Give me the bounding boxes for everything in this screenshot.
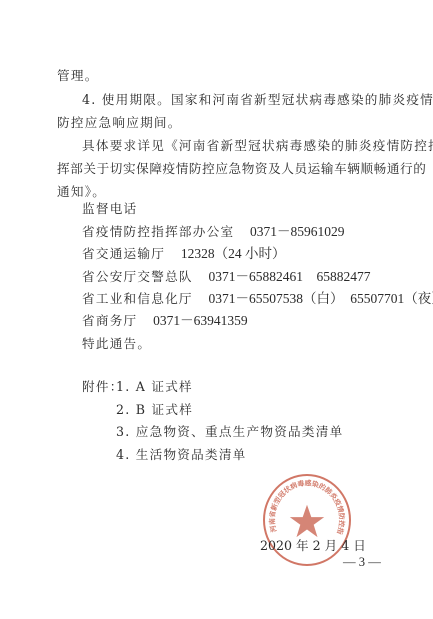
attachment-item: 3. 应急物资、重点生产物资品类清单 <box>116 424 343 440</box>
text-line: 管理。 <box>57 68 99 84</box>
contact-org: 省疫情防控指挥部办公室 <box>82 224 234 239</box>
star-icon <box>290 505 324 537</box>
text-line: 通知》。 <box>57 184 106 200</box>
supervision-title: 监督电话 <box>82 201 137 217</box>
text-line: 挥部关于切实保障疫情防控应急物资及人员运输车辆顺畅通行的 <box>57 161 426 177</box>
contact-phone: 0371－85961029 <box>250 224 345 239</box>
contact-phone: 0371－65882461 65882477 <box>209 269 371 284</box>
contact-phone: 12328（24 小时） <box>181 246 286 261</box>
contact-phone: 0371－63941359 <box>153 313 248 328</box>
contact-phone: 0371－65507538（白） 65507701（夜） <box>209 291 433 306</box>
contact-row: 省商务厅 0371－63941359 <box>82 313 248 329</box>
contact-org: 省工业和信息化厅 <box>82 291 193 306</box>
contact-org: 省公安厅交警总队 <box>82 269 193 284</box>
contact-row: 省公安厅交警总队 0371－65882461 65882477 <box>82 269 371 285</box>
contact-row: 省疫情防控指挥部办公室 0371－85961029 <box>82 224 345 240</box>
attachment-item: 2. B 证式样 <box>116 402 193 418</box>
document-page: 管理。 4. 使用期限。国家和河南省新型冠状病毒感染的肺炎疫情 防控应急响应期间… <box>0 0 433 619</box>
attachment-item: 1. A 证式样 <box>116 379 193 395</box>
text-line: 具体要求详见《河南省新型冠状病毒感染的肺炎疫情防控指 <box>82 138 433 154</box>
contact-org: 省交通运输厅 <box>82 246 165 261</box>
closing-text: 特此通告。 <box>82 336 151 352</box>
contact-row: 省工业和信息化厅 0371－65507538（白） 65507701（夜） <box>82 291 433 307</box>
contact-row: 省交通运输厅 12328（24 小时） <box>82 246 285 262</box>
contact-org: 省商务厅 <box>82 313 137 328</box>
text-line: 防控应急响应期间。 <box>57 115 182 131</box>
attachment-item: 4. 生活物资品类清单 <box>116 447 247 463</box>
issue-date: 2020 年 2 月 4 日 <box>260 535 366 554</box>
page-number: — 3 — <box>343 555 381 570</box>
text-line: 4. 使用期限。国家和河南省新型冠状病毒感染的肺炎疫情 <box>82 92 433 108</box>
